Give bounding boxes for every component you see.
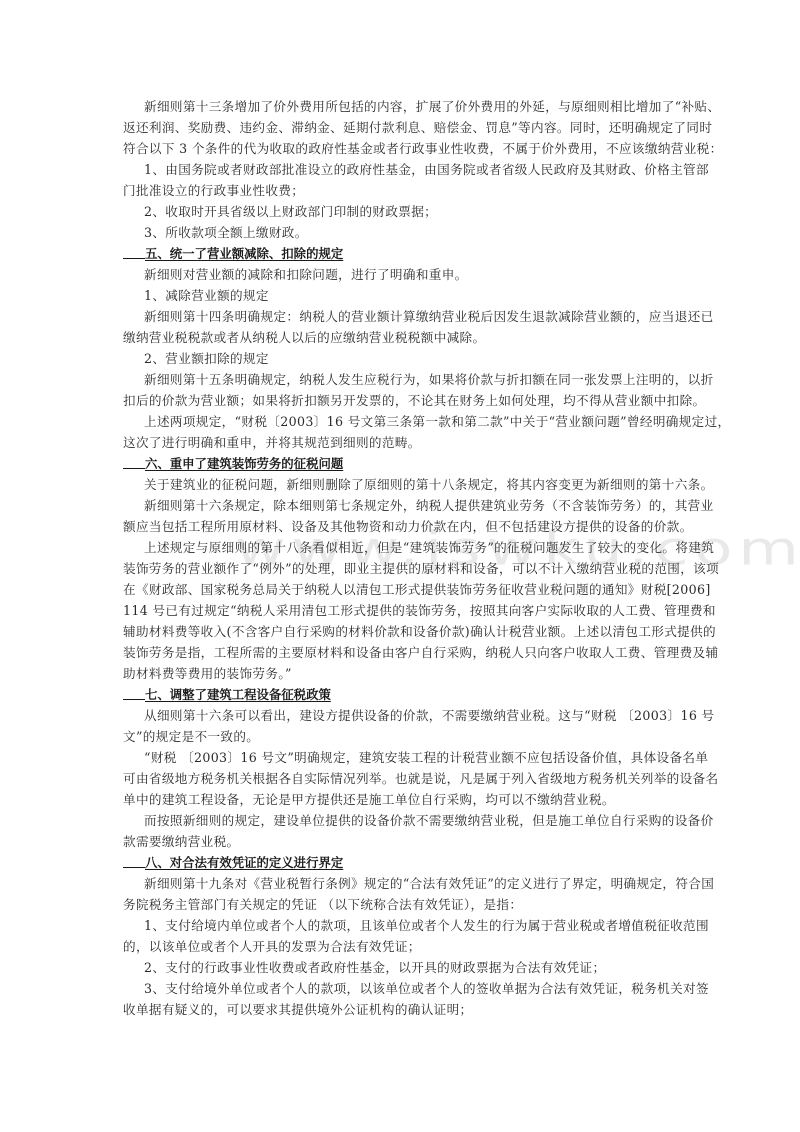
document-page: www.jswku.com 新细则第十三条增加了价外费用所包括的内容，扩展了价外… [0, 0, 800, 1132]
paragraph-first-line: 上述两项规定，“财税〔2003〕16 号文第三条第一款和第二款”中关于“营业额问… [123, 411, 679, 432]
section-heading: 五、统一了营业额减除、扣除的规定 [123, 243, 679, 264]
paragraph-line: 助材料费等费用的装饰劳务。” [123, 663, 679, 684]
paragraph-first-line: 新细则第十九条对《营业税暂行条例》规定的“合法有效凭证”的定义进行了界定，明确规… [123, 873, 679, 894]
paragraph-first-line: 关于建筑业的征税问题，新细则删除了原细则的第十八条规定，将其内容变更为新细则的第… [123, 474, 679, 495]
paragraph-first-line: 上述规定与原细则的第十八条看似相近，但是“建筑装饰劳务”的征税问题发生了较大的变… [123, 537, 679, 558]
paragraph-line: 114 号已有过规定“纳税人采用清包工形式提供的装饰劳务，按照其向客户实际收取的… [123, 600, 679, 621]
paragraph-first-line: 2、营业额扣除的规定 [123, 348, 679, 369]
paragraph-line: 额应当包括工程所用原材料、设备及其他物资和动力价款在内，但不包括建设方提供的设备… [123, 516, 679, 537]
heading-underline-lead [123, 453, 145, 469]
paragraph-line: 单中的建筑工程设备，无论是甲方提供还是施工单位自行采购，均可以不缴纳营业税。 [123, 789, 679, 810]
paragraph-line: 款需要缴纳营业税。 [123, 831, 679, 852]
section-heading-text: 七、调整了建筑工程设备征税政策 [145, 687, 331, 702]
paragraph-first-line: “财税 〔2003〕16 号文”明确规定，建筑安装工程的计税营业额不应包括设备价… [123, 747, 679, 768]
paragraph-first-line: 新细则第十六条规定，除本细则第七条规定外，纳税人提供建筑业劳务（不含装饰劳务）的… [123, 495, 679, 516]
paragraph-line: 缴纳营业税税款或者从纳税人以后的应缴纳营业税税额中减除。 [123, 327, 679, 348]
paragraph-first-line: 从细则第十六条可以看出，建设方提供设备的价款，不需要缴纳营业税。这与“财税 〔2… [123, 705, 679, 726]
heading-underline-lead [123, 684, 145, 700]
paragraph-first-line: 1、由国务院或者财政部批准设立的政府性基金，由国务院或者省级人民政府及其财政、价… [123, 159, 679, 180]
paragraph-line: 返还利润、奖励费、违约金、滞纳金、延期付款利息、赔偿金、罚息”等内容。同时，还明… [123, 117, 679, 138]
section-heading-text: 八、对合法有效凭证的定义进行界定 [145, 855, 343, 870]
paragraph-first-line: 新细则第十三条增加了价外费用所包括的内容，扩展了价外费用的外延，与原细则相比增加… [123, 96, 679, 117]
section-heading-text: 六、重申了建筑装饰劳务的征税问题 [145, 456, 343, 471]
paragraph-first-line: 新细则对营业额的减除和扣除问题，进行了明确和重申。 [123, 264, 679, 285]
paragraph-first-line: 而按照新细则的规定，建设单位提供的设备价款不需要缴纳营业税，但是施工单位自行采购… [123, 810, 679, 831]
paragraph-line: 辅助材料费等收入(不含客户自行采购的材料价款和设备价款)确认计税营业额。上述以清… [123, 621, 679, 642]
paragraph-first-line: 2、支付的行政事业性收费或者政府性基金，以开具的财政票据为合法有效凭证； [123, 957, 679, 978]
document-body: 新细则第十三条增加了价外费用所包括的内容，扩展了价外费用的外延，与原细则相比增加… [123, 96, 679, 1020]
paragraph-line: 符合以下 3 个条件的代为收取的政府性基金或者行政事业性收费，不属于价外费用，不… [123, 138, 679, 159]
paragraph-line: 在《财政部、国家税务总局关于纳税人以清包工形式提供装饰劳务征收营业税问题的通知》… [123, 579, 679, 600]
paragraph-first-line: 1、支付给境内单位或者个人的款项，且该单位或者个人发生的行为属于营业税或者增值税… [123, 915, 679, 936]
paragraph-line: 扣后的价款为营业额；如果将折扣额另开发票的，不论其在财务上如何处理，均不得从营业… [123, 390, 679, 411]
paragraph-first-line: 新细则第十五条明确规定，纳税人发生应税行为，如果将价款与折扣额在同一张发票上注明… [123, 369, 679, 390]
paragraph-first-line: 3、所收款项全额上缴财政。 [123, 222, 679, 243]
paragraph-line: 这次了进行明确和重申，并将其规范到细则的范畴。 [123, 432, 679, 453]
paragraph-line: 门批准设立的行政事业性收费； [123, 180, 679, 201]
section-heading: 八、对合法有效凭证的定义进行界定 [123, 852, 679, 873]
paragraph-line: 文”的规定是不一致的。 [123, 726, 679, 747]
paragraph-line: 装饰劳务的营业额作了“例外”的处理，即业主提供的原材料和设备，可以不计入缴纳营业… [123, 558, 679, 579]
paragraph-line: 可由省级地方税务机关根据各自实际情况列举。也就是说，凡是属于列入省级地方税务机关… [123, 768, 679, 789]
paragraph-first-line: 1、减除营业额的规定 [123, 285, 679, 306]
heading-underline-lead [123, 243, 145, 259]
section-heading: 六、重申了建筑装饰劳务的征税问题 [123, 453, 679, 474]
paragraph-first-line: 3、支付给境外单位或者个人的款项，以该单位或者个人的签收单据为合法有效凭证，税务… [123, 978, 679, 999]
paragraph-line: 的，以该单位或者个人开具的发票为合法有效凭证； [123, 936, 679, 957]
paragraph-line: 收单据有疑义的，可以要求其提供境外公证机构的确认证明； [123, 999, 679, 1020]
heading-underline-lead [123, 852, 145, 868]
paragraph-first-line: 新细则第十四条明确规定：纳税人的营业额计算缴纳营业税后因发生退款减除营业额的，应… [123, 306, 679, 327]
section-heading-text: 五、统一了营业额减除、扣除的规定 [145, 246, 343, 261]
paragraph-first-line: 2、收取时开具省级以上财政部门印制的财政票据； [123, 201, 679, 222]
paragraph-line: 务院税务主管部门有关规定的凭证 （以下统称合法有效凭证），是指： [123, 894, 679, 915]
section-heading: 七、调整了建筑工程设备征税政策 [123, 684, 679, 705]
paragraph-line: 装饰劳务是指，工程所需的主要原材料和设备由客户自行采购，纳税人只向客户收取人工费… [123, 642, 679, 663]
